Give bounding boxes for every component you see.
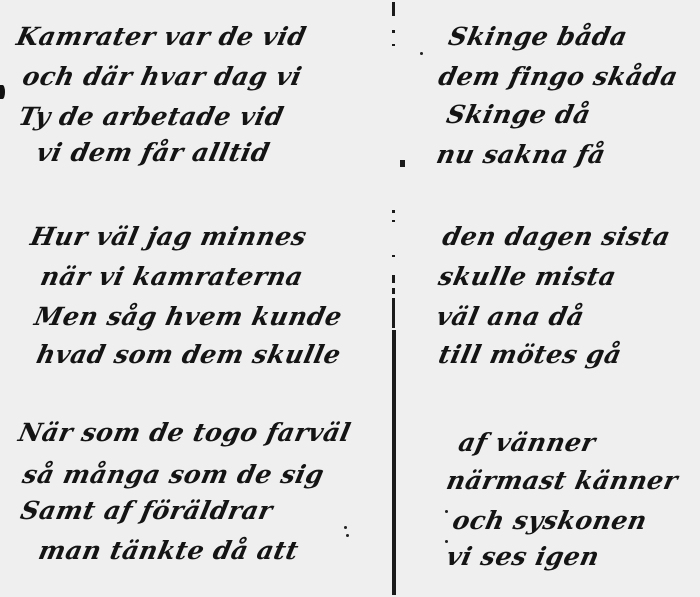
- poem-line: af vänner: [456, 428, 598, 457]
- poem-line: när vi kamraterna: [38, 262, 306, 291]
- poem-line: och där hvar dag vi: [20, 62, 305, 91]
- fold-segment: [392, 275, 395, 283]
- poem-line: man tänkte då att: [36, 536, 301, 565]
- fold-segment: [400, 160, 405, 167]
- poem-line: Ty de arbetade vid: [16, 102, 286, 131]
- fold-segment: [392, 210, 395, 213]
- poem-line: Hur väl jag minnes: [28, 222, 309, 251]
- poem-line: Samt af föräldrar: [18, 496, 276, 525]
- ink-speck: [420, 52, 423, 55]
- ink-speck: [344, 526, 347, 529]
- page-fold-line: [392, 0, 396, 597]
- poem-line: nu sakna få: [434, 140, 608, 169]
- poem-line: hvad som dem skulle: [34, 340, 344, 369]
- fold-segment: [392, 220, 395, 222]
- poem-line: närmast känner: [444, 466, 681, 495]
- poem-line: så många som de sig: [20, 460, 327, 489]
- poem-line: vi ses igen: [444, 542, 602, 571]
- poem-line: När som de togo farväl: [16, 418, 354, 447]
- manuscript-page: Kamrater var de vid och där hvar dag vi …: [0, 0, 700, 597]
- fold-segment: [392, 288, 395, 294]
- poem-line: till mötes gå: [436, 340, 624, 369]
- poem-line: skulle mista: [436, 262, 619, 291]
- poem-line: den dagen sista: [440, 222, 673, 251]
- fold-segment: [392, 44, 395, 46]
- poem-line: Kamrater var de vid: [14, 22, 309, 51]
- fold-segment: [392, 30, 395, 33]
- poem-line: Men såg hvem kunde: [32, 302, 345, 331]
- edge-ink-mark: [0, 85, 5, 99]
- fold-segment: [392, 2, 395, 16]
- fold-segment: [392, 255, 395, 257]
- ink-speck: [346, 534, 349, 537]
- poem-line: och syskonen: [450, 506, 650, 535]
- ink-speck: [445, 510, 448, 513]
- poem-line: Skinge då: [444, 100, 593, 129]
- poem-line: vi dem får alltid: [34, 138, 272, 167]
- poem-line: väl ana då: [434, 302, 587, 331]
- poem-line: Skinge båda: [446, 22, 630, 51]
- ink-speck: [445, 540, 448, 543]
- fold-segment: [392, 298, 395, 328]
- poem-line: dem fingo skåda: [436, 62, 681, 91]
- fold-segment: [392, 330, 396, 595]
